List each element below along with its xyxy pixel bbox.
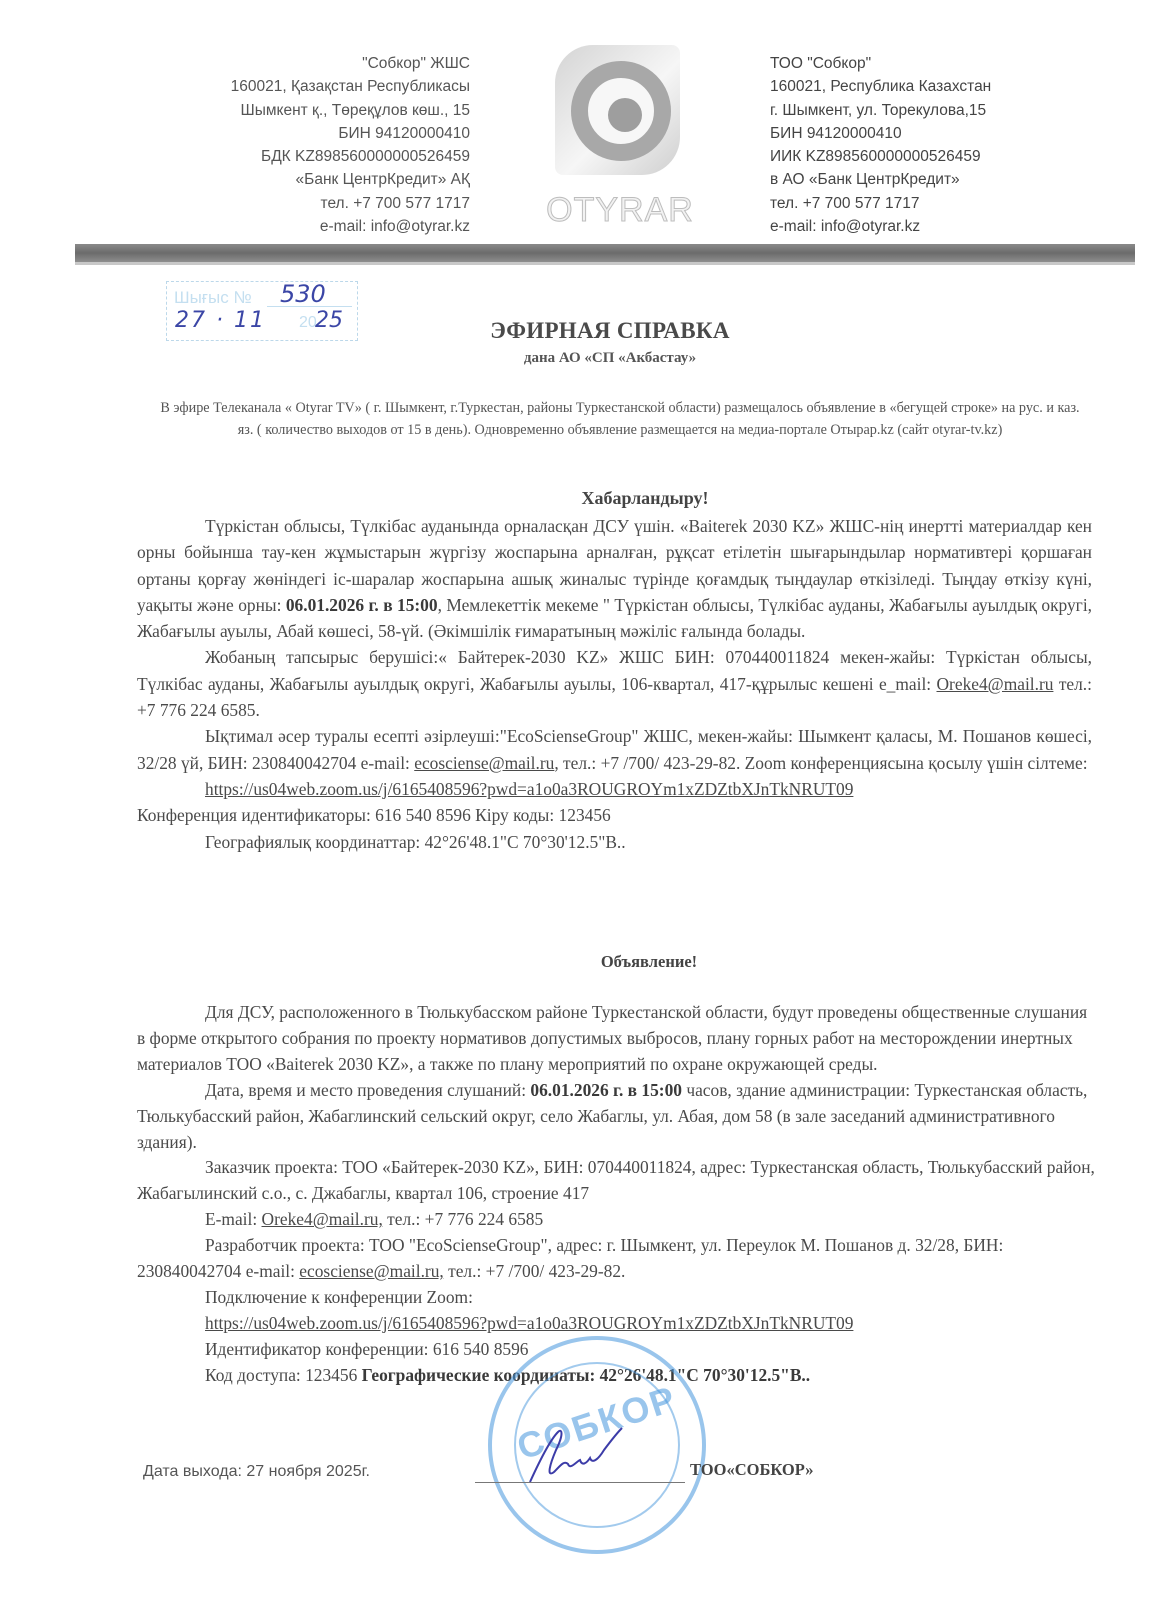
kz-zoom-link-line: https://us04web.zoom.us/j/6165408596?pwd… [137,776,1092,802]
letterhead-line: БИН 94120000410 [770,122,1110,145]
kz-section-heading: Хабарландыру! [0,488,1163,509]
header-divider-shadow [75,262,1135,265]
zoom-link[interactable]: https://us04web.zoom.us/j/6165408596?pwd… [205,1313,853,1333]
ru-paragraph-3: Заказчик проекта: ТОО «Байтерек-2030 KZ»… [137,1155,1097,1207]
letterhead-line: 160021, Қазақстан Республикасы [160,75,470,98]
letterhead-line: "Собкор" ЖШС [160,52,470,75]
letterhead-line: тел. +7 700 577 1717 [160,192,470,215]
letterhead-kazakh: "Собкор" ЖШС 160021, Қазақстан Республик… [160,52,470,238]
ru-paragraph-2: Дата, время и место проведения слушаний:… [137,1078,1097,1156]
ru-paragraph-4: Разработчик проекта: ТОО "EcoScienseGrou… [137,1233,1097,1285]
logo-wordmark: OTYRAR [545,191,695,230]
hearing-datetime: 06.01.2026 г. в 15:00 [530,1080,682,1100]
signature-icon [520,1420,640,1490]
kz-section-body: Түркістан облысы, Түлкібас ауданында орн… [137,513,1092,855]
otyrar-logo: OTYRAR [545,45,695,235]
letterhead-line: Шымкент қ., Төреқұлов көш., 15 [160,99,470,122]
document-title: ЭФИРНАЯ СПРАВКА [0,318,1163,344]
developer-email-link[interactable]: ecosciense@mail.ru [414,753,554,773]
text: E-mail: [205,1209,262,1229]
kz-paragraph-3: Ықтимал әсер туралы есепті әзірлеуші:"Ec… [137,723,1092,776]
kz-paragraph-1: Түркістан облысы, Түлкібас ауданында орн… [137,513,1092,644]
ru-section-body: Для ДСУ, расположенного в Тюлькубасском … [137,1000,1097,1389]
kz-conference-id: Конференция идентификаторы: 616 540 8596… [137,802,1092,828]
ru-zoom-label: Подключение к конференции Zoom: [137,1285,1097,1311]
kz-coordinates: Географиялық координаттар: 42°26'48.1"С … [137,829,1092,855]
letterhead-line: в АО «Банк ЦентрКредит» [770,168,1110,191]
ru-section-heading: Объявление! [0,952,1163,972]
zoom-link[interactable]: https://us04web.zoom.us/j/6165408596?pwd… [205,779,853,799]
text: тел.: +7 776 224 6585 [383,1209,543,1229]
letterhead-line: тел. +7 700 577 1717 [770,192,1110,215]
ru-paragraph-1: Для ДСУ, расположенного в Тюлькубасском … [137,1000,1097,1078]
signature-line [475,1482,685,1483]
letterhead-line: БДК KZ898560000000526459 [160,145,470,168]
stamp-label: Шығыс № [174,288,252,308]
logo-eye-icon [608,98,642,132]
document-subtitle: дана АО «СП «Акбастау» [0,350,1163,367]
letterhead-russian: ТОО "Собкор" 160021, Республика Казахста… [770,52,1110,238]
developer-email-link[interactable]: ecosciense@mail.ru, [299,1261,443,1281]
signing-organization: ТОО«СОБКОР» [690,1460,814,1480]
letterhead-line: ИИК KZ898560000000526459 [770,145,1110,168]
letterhead-line: e-mail: info@otyrar.kz [770,215,1110,238]
letterhead-line: «Банк ЦентрКредит» АҚ [160,168,470,191]
stamp-number: 530 [280,280,326,308]
kz-paragraph-2: Жобаның тапсырыс берушісі:« Байтерек-203… [137,644,1092,723]
intro-paragraph: В эфире Телеканала « Otyrar TV» ( г. Шым… [160,398,1080,441]
letterhead-line: БИН 94120000410 [160,122,470,145]
text: тел.: +7 /700/ 423-29-82. [444,1261,626,1281]
header-divider-bar [75,244,1135,262]
letterhead-line: 160021, Республика Казахстан [770,75,1110,98]
access-code: Код доступа: 123456 [205,1365,362,1385]
letterhead-line: ТОО "Собкор" [770,52,1110,75]
hearing-datetime: 06.01.2026 г. в 15:00 [286,595,438,615]
text: Дата, время и место проведения слушаний: [205,1080,530,1100]
broadcast-date: Дата выхода: 27 ноября 2025г. [143,1463,370,1481]
text: , тел.: +7 /700/ 423-29-82. Zoom конфере… [554,753,1087,773]
customer-email-link[interactable]: Oreke4@mail.ru [937,674,1054,694]
letterhead-line: г. Шымкент, ул. Торекулова,15 [770,99,1110,122]
customer-email-link[interactable]: Oreke4@mail.ru, [262,1209,383,1229]
ru-zoom-link-line: https://us04web.zoom.us/j/6165408596?pwd… [137,1311,1097,1337]
ru-email-line: E-mail: Oreke4@mail.ru, тел.: +7 776 224… [137,1207,1097,1233]
letterhead-line: e-mail: info@otyrar.kz [160,215,470,238]
